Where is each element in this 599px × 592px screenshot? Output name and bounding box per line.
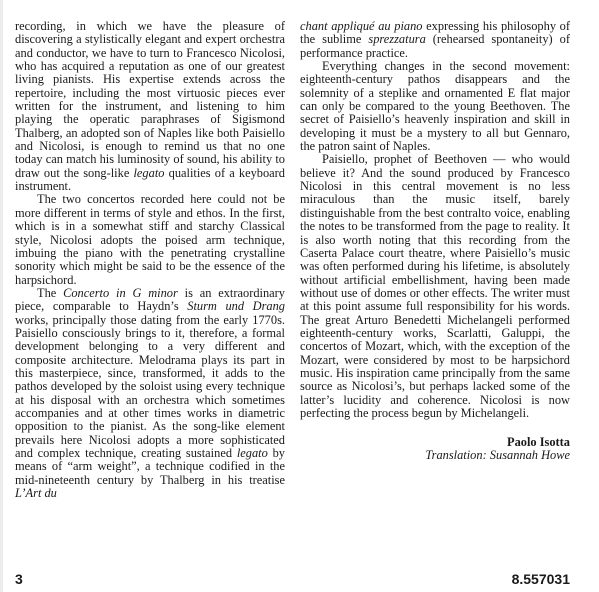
paragraph-1: recording, in which we have the pleasure… bbox=[15, 20, 285, 193]
italic-title: L’Art du bbox=[15, 486, 57, 500]
paragraph-6: Paisiello, prophet of Beethoven — who wo… bbox=[300, 153, 570, 420]
text: works, principally those dating from the… bbox=[15, 313, 285, 460]
byline: Paolo Isotta Translation: Susannah Howe bbox=[300, 436, 570, 463]
author-name: Paolo Isotta bbox=[300, 436, 570, 449]
italic-term: sprezzatura bbox=[368, 32, 425, 46]
catalogue-number: 8.557031 bbox=[300, 571, 570, 587]
italic-title: chant appliqué au piano bbox=[300, 19, 423, 33]
text: recording, in which we have the pleasure… bbox=[15, 19, 285, 180]
paragraph-4: chant appliqué au piano expressing his p… bbox=[300, 20, 570, 60]
italic-term: legato bbox=[133, 166, 164, 180]
paragraph-3: The Concerto in G minor is an extraordin… bbox=[15, 287, 285, 501]
right-column: chant appliqué au piano expressing his p… bbox=[300, 20, 570, 420]
italic-title: Concerto in G minor bbox=[63, 286, 178, 300]
translator-credit: Translation: Susannah Howe bbox=[300, 449, 570, 462]
page-edge-shadow bbox=[0, 0, 3, 592]
text: The bbox=[37, 286, 63, 300]
paragraph-2: The two concertos recorded here could no… bbox=[15, 193, 285, 286]
left-column: recording, in which we have the pleasure… bbox=[15, 20, 285, 500]
italic-term: Sturm und Drang bbox=[187, 299, 285, 313]
page-number: 3 bbox=[15, 571, 23, 587]
italic-term: legato bbox=[237, 446, 268, 460]
paragraph-5: Everything changes in the second movemen… bbox=[300, 60, 570, 153]
